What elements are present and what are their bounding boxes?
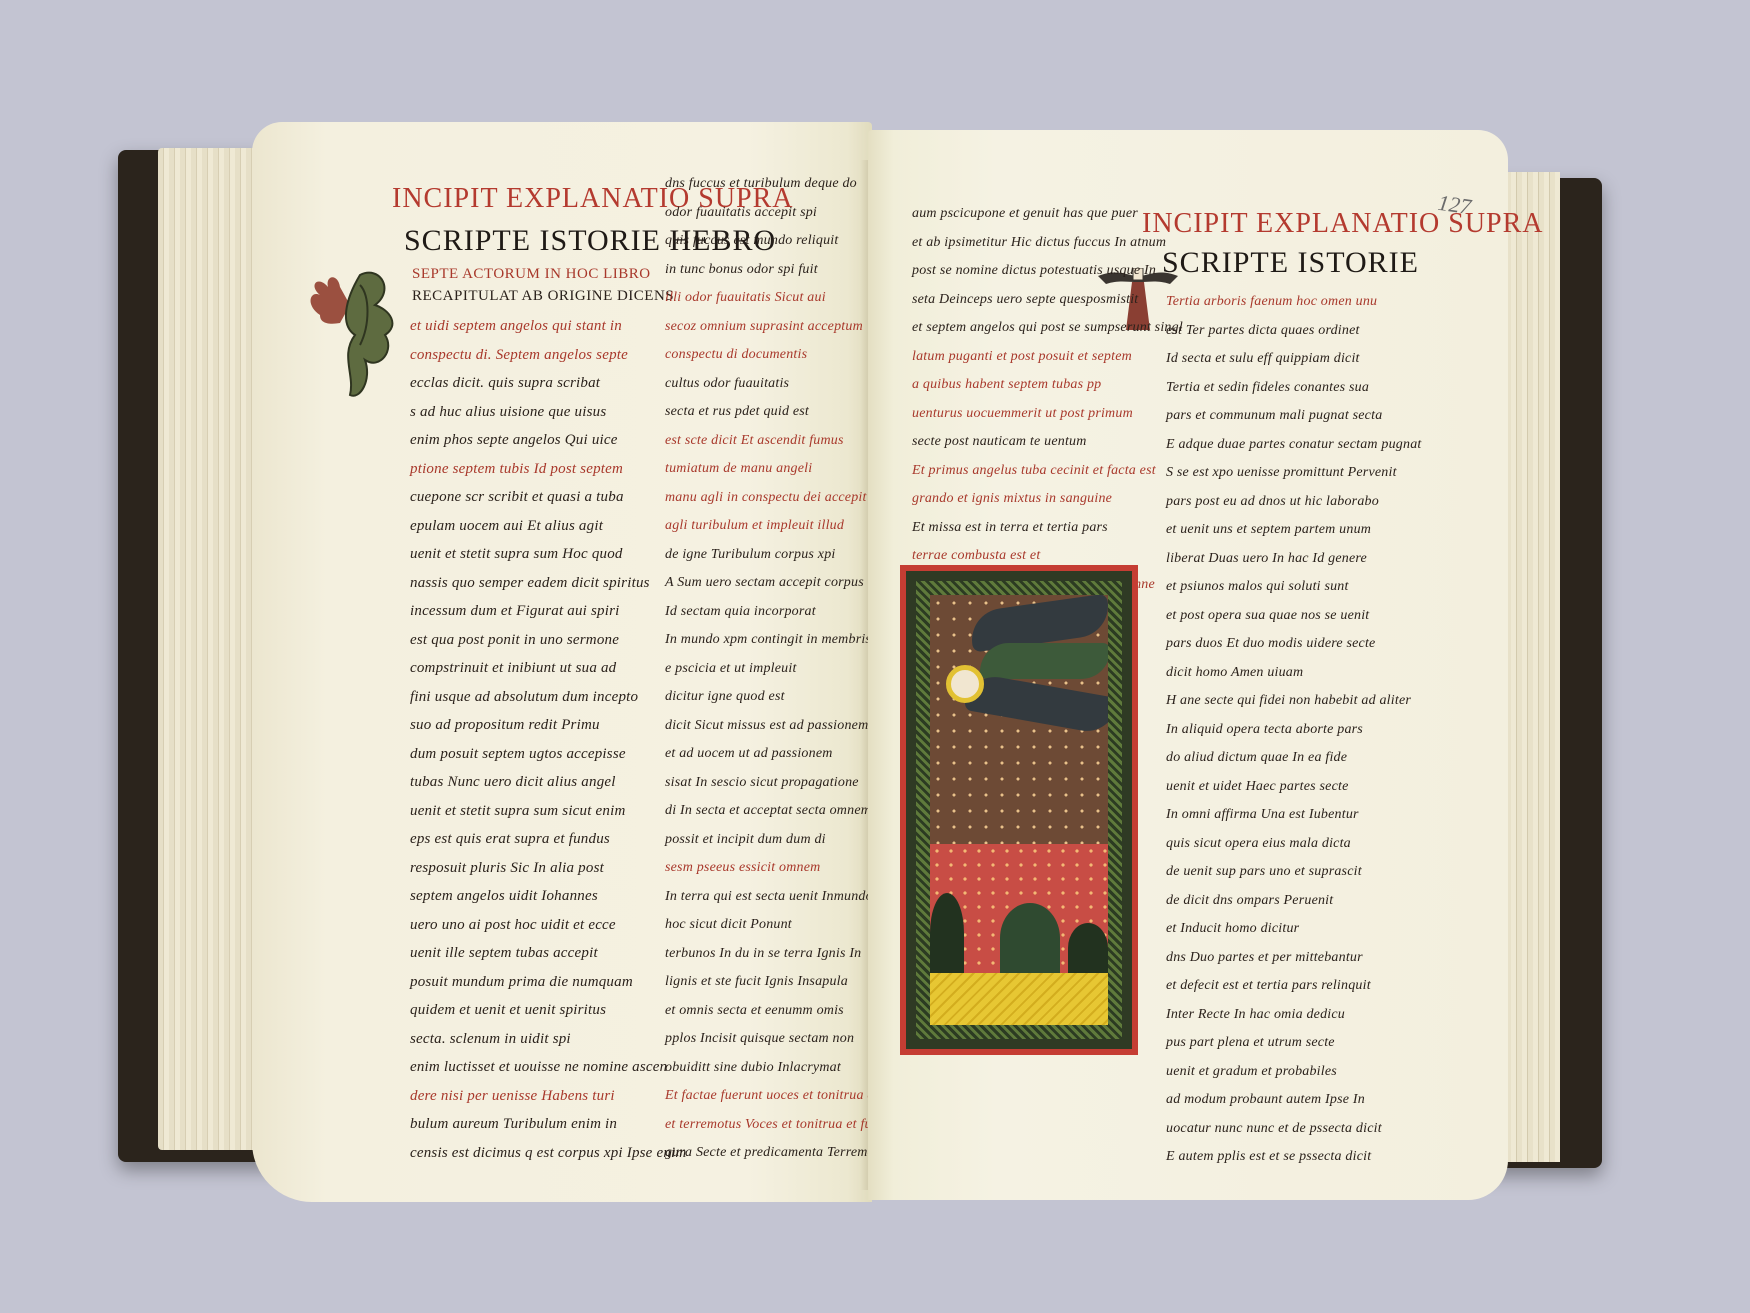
left-subheading-2: RECAPITULAT AB ORIGINE DICENS [412, 288, 674, 305]
right-column-2: Tertia arboris faenum hoc omen unu est T… [1166, 288, 1422, 1172]
burned-tree-left [930, 893, 964, 973]
right-heading-black: SCRIPTE ISTORIE [1162, 246, 1419, 280]
burned-tree-center [1000, 903, 1060, 973]
right-column-1: aum pscicupone et genuit has que puer et… [912, 200, 1183, 628]
right-heading-red: INCIPIT EXPLANATIO SUPRA [1142, 208, 1544, 240]
page-edges-right [1500, 172, 1560, 1162]
dragon-initial-icon [300, 265, 420, 405]
earth-ground [930, 973, 1108, 1025]
left-column-1: et uidi septem angelos qui stant in cons… [410, 312, 686, 1167]
page-edges-left [158, 148, 258, 1150]
angel-robe [980, 643, 1108, 679]
illumination-scene [930, 595, 1108, 1025]
manuscript-photo: INCIPIT EXPLANATIO SUPRA SCRIPTE ISTORIE… [0, 0, 1750, 1313]
angel-halo-icon [946, 665, 984, 703]
illumination-frame [906, 571, 1132, 1049]
illumination-miniature [900, 565, 1138, 1055]
burned-tree-right [1068, 923, 1108, 973]
left-subheading-1: SEPTE ACTORUM IN HOC LIBRO [412, 266, 651, 283]
